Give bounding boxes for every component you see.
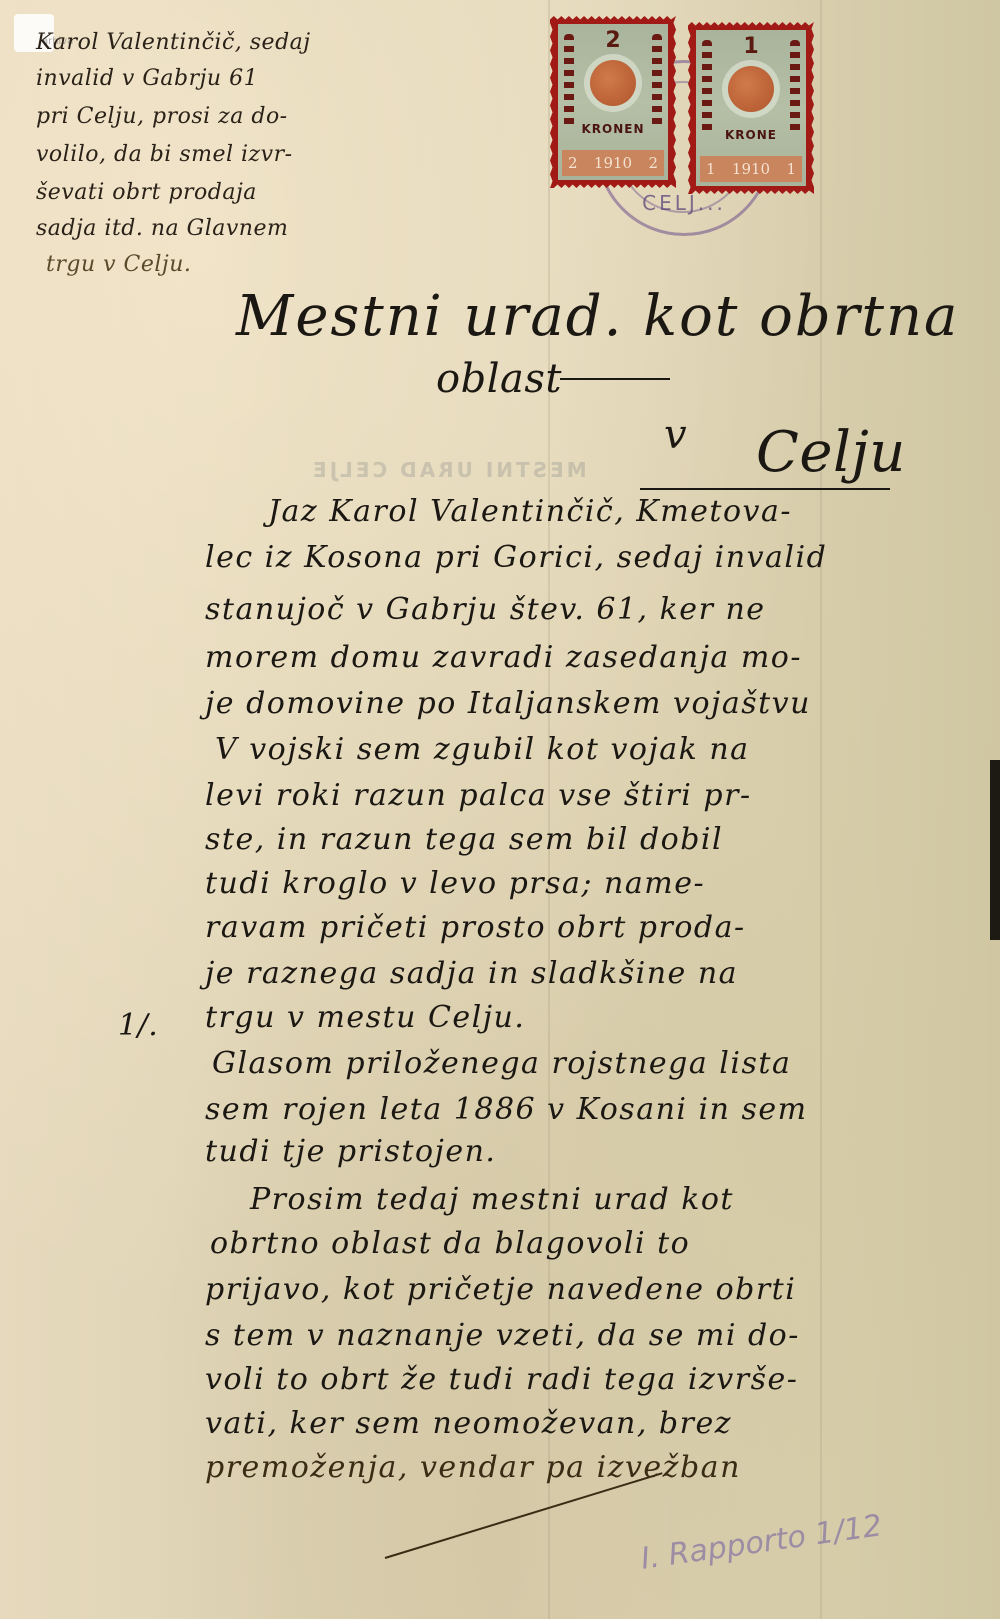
stamp-denomination: KRONE — [696, 128, 806, 142]
body-line: vati, ker sem neomoževan, brez — [205, 1406, 732, 1441]
revenue-stamp-2-kronen: 2 KRONEN 2 1910 2 — [550, 16, 676, 188]
address-city: Celju — [756, 420, 906, 485]
bleed-through-office-stamp: MESTNI URAD CELJE — [310, 458, 587, 482]
document-page: arhiva Karol Valentinčič, sedaj invalid … — [0, 0, 1000, 1619]
underline-flourish — [560, 378, 670, 380]
stamp-band-right: 2 — [648, 150, 658, 176]
margin-note-line: invalid v Gabrju 61 — [36, 66, 258, 91]
body-line: s tem v naznanje vzeti, da se mi do- — [205, 1318, 800, 1353]
stamp-value: 2 — [558, 28, 668, 53]
stamp-value: 1 — [696, 34, 806, 59]
body-line: stanujoč v Gabrju štev. 61, ker ne — [205, 592, 766, 627]
body-line: ravam pričeti prosto obrt proda- — [205, 910, 746, 945]
address-line-1: Mestni urad. kot obrtna — [236, 284, 959, 349]
postmark-text: CELJ... — [599, 191, 769, 215]
address-line-3-prefix: v — [664, 412, 687, 458]
body-line: Jaz Karol Valentinčič, Kmetova- — [268, 494, 792, 529]
stamp-portrait-medallion-icon — [728, 66, 774, 112]
body-line: je raznega sadja in sladkšine na — [205, 956, 738, 991]
margin-note-line: Karol Valentinčič, sedaj — [36, 30, 311, 55]
body-line: tudi tje pristojen. — [205, 1134, 496, 1169]
stamp-year-band: 1 1910 1 — [700, 156, 802, 182]
body-line: levi roki razun palca vse štiri pr- — [205, 778, 752, 813]
page-edge-shadow — [990, 760, 1000, 940]
stamp-band-left: 1 — [706, 156, 716, 182]
stamp-year: 1910 — [732, 156, 770, 182]
stamp-year-band: 2 1910 2 — [562, 150, 664, 176]
body-line: morem domu zavradi zasedanja mo- — [205, 640, 802, 675]
stamp-portrait-medallion-icon — [590, 60, 636, 106]
stamp-band-left: 2 — [568, 150, 578, 176]
body-line: lec iz Kosona pri Gorici, sedaj invalid — [205, 540, 827, 575]
body-line: prijavo, kot pričetje navedene obrti — [205, 1272, 796, 1307]
paper-fold — [820, 0, 822, 1619]
underline-flourish — [640, 488, 890, 490]
body-line: tudi kroglo v levo prsa; name- — [205, 866, 705, 901]
enclosure-marker: 1/. — [118, 1008, 158, 1043]
margin-note-line: sadja itd. na Glavnem — [36, 216, 288, 241]
body-line: ste, in razun tega sem bil dobil — [205, 822, 723, 857]
body-line: V vojski sem zgubil kot vojak na — [215, 732, 750, 767]
pencil-annotation: I. Rapporto 1/12 — [639, 1508, 884, 1576]
closing-flourish — [385, 1472, 663, 1559]
body-line: obrtno oblast da blagovoli to — [210, 1226, 690, 1261]
stamp-band-right: 1 — [786, 156, 796, 182]
margin-note-line: ševati obrt prodaja — [36, 180, 257, 205]
body-line: trgu v mestu Celju. — [205, 1000, 525, 1035]
address-line-2: oblast — [436, 356, 562, 402]
margin-note-line: volilo, da bi smel izvr- — [36, 142, 293, 167]
body-line: je domovine po Italjanskem vojaštvu — [205, 686, 811, 721]
stamp-year: 1910 — [594, 150, 632, 176]
stamp-denomination: KRONEN — [558, 122, 668, 136]
revenue-stamp-1-krone: 1 KRONE 1 1910 1 — [688, 22, 814, 194]
body-line: premoženja, vendar pa izvežban — [205, 1450, 741, 1485]
body-line: voli to obrt že tudi radi tega izvrše- — [205, 1362, 798, 1397]
margin-note-line: trgu v Celju. — [46, 252, 191, 277]
body-line: sem rojen leta 1886 v Kosani in sem — [205, 1092, 808, 1127]
body-line: Glasom priloženega rojstnega lista — [212, 1046, 791, 1081]
body-line: Prosim tedaj mestni urad kot — [250, 1182, 734, 1217]
margin-note-line: pri Celju, prosi za do- — [36, 104, 288, 129]
